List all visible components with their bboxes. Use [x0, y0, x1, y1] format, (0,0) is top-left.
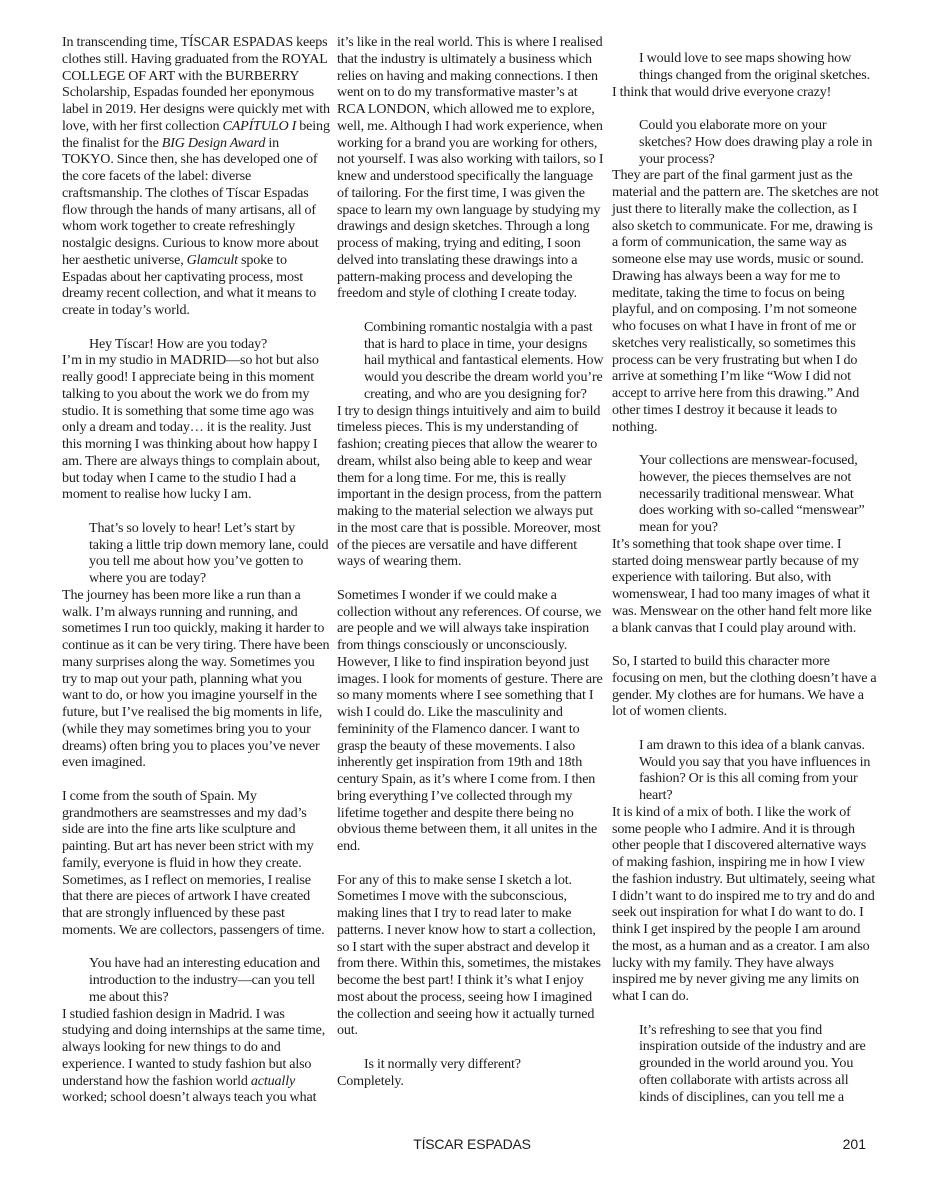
answer: I’m in my studio in MADRID—so hot but al…: [62, 352, 330, 503]
answer: The journey has been more like a run tha…: [62, 587, 330, 771]
intro-text: in TOKYO. Since then, she has developed …: [62, 135, 318, 268]
page-number: 201: [843, 1136, 866, 1152]
award-title: BIG Design Award: [162, 135, 266, 151]
intro-paragraph: In transcending time, TÍSCAR ESPADAS kee…: [62, 34, 330, 319]
answer: Sometimes I wonder if we could make a co…: [337, 587, 605, 855]
emphasis: actually: [251, 1073, 295, 1089]
running-title: TÍSCAR ESPADAS: [0, 1136, 944, 1152]
answer: Completely.: [337, 1073, 605, 1090]
question: Combining romantic nostalgia with a past…: [337, 319, 605, 403]
question: Your collections are menswear-focused, h…: [612, 452, 880, 536]
question: You have had an interesting education an…: [62, 955, 330, 1005]
column-3: I would love to see maps showing how thi…: [612, 50, 880, 1105]
answer: They are part of the final garment just …: [612, 167, 880, 435]
answer-text: worked; school doesn’t always teach you …: [62, 1089, 316, 1105]
answer: I come from the south of Spain. My grand…: [62, 788, 330, 939]
magazine-page: In transcending time, TÍSCAR ESPADAS kee…: [0, 0, 944, 1181]
question: It’s refreshing to see that you find ins…: [612, 1022, 880, 1106]
collection-title: CAPÍTULO I: [222, 118, 296, 134]
answer: It’s something that took shape over time…: [612, 536, 880, 637]
answer: I think that would drive everyone crazy!: [612, 84, 880, 101]
answer: So, I started to build this character mo…: [612, 653, 880, 720]
answer: For any of this to make sense I sketch a…: [337, 872, 605, 1040]
answer: it’s like in the real world. This is whe…: [337, 34, 605, 302]
column-2: it’s like in the real world. This is whe…: [337, 34, 605, 1089]
question: That’s so lovely to hear! Let’s start by…: [62, 520, 330, 587]
question: I am drawn to this idea of a blank canva…: [612, 737, 880, 804]
question: Is it normally very different?: [337, 1056, 605, 1073]
magazine-name: Glamcult: [187, 252, 238, 268]
question: I would love to see maps showing how thi…: [612, 50, 880, 84]
answer: It is kind of a mix of both. I like the …: [612, 804, 880, 1005]
question: Could you elaborate more on your sketche…: [612, 117, 880, 167]
column-1: In transcending time, TÍSCAR ESPADAS kee…: [62, 34, 330, 1106]
answer: I studied fashion design in Madrid. I wa…: [62, 1006, 330, 1107]
question: Hey Tíscar! How are you today?: [62, 336, 330, 353]
answer: I try to design things intuitively and a…: [337, 403, 605, 571]
